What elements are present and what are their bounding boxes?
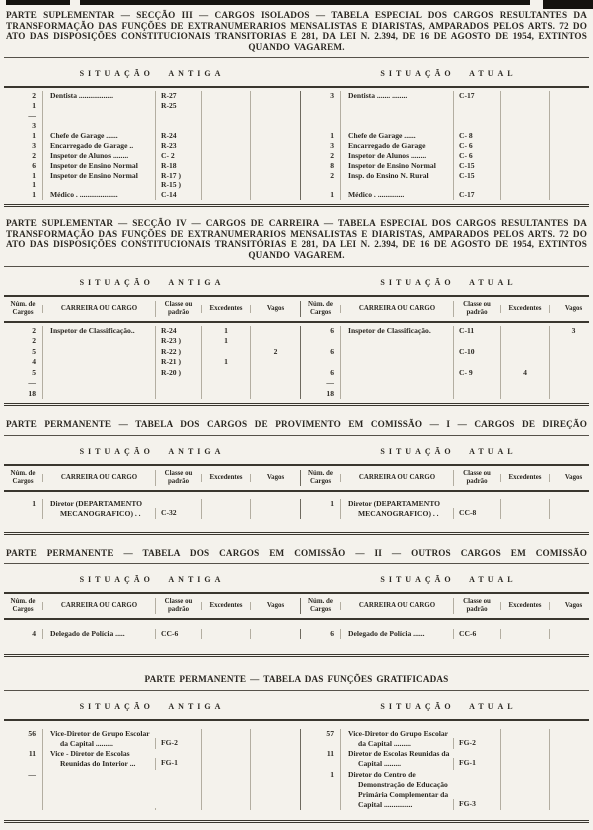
- cell-num-atual: 3: [300, 91, 340, 101]
- col-header-excedentes: Excedentes: [201, 602, 250, 610]
- cell-excedentes-atual: [500, 499, 549, 519]
- cell-cargo-antiga: [42, 347, 155, 358]
- cell-num-atual: 8: [300, 161, 340, 171]
- cell-vagos-antiga: [250, 111, 300, 121]
- cell-cargo-antiga: Dentista ..................: [42, 91, 155, 101]
- cell-excedentes-antiga: [201, 151, 250, 161]
- cell-vagos-antiga: [250, 729, 300, 749]
- table-row: 5 R-20 ) 6 C- 9 4: [4, 368, 589, 379]
- cell-classe-atual: C-17: [453, 190, 500, 200]
- cell-excedentes-atual: [500, 336, 549, 347]
- cell-cargo-atual: [340, 121, 453, 131]
- table-funcoes-gratificadas: SITUAÇÃO ANTIGA SITUAÇÃO ATUAL 56 Vice-D…: [4, 690, 589, 824]
- cell-num-atual: [300, 121, 340, 131]
- cell-num-antiga: 1: [4, 131, 42, 141]
- cell-vagos-antiga: [250, 151, 300, 161]
- table-cargos-isolados: SITUAÇÃO ANTIGA SITUAÇÃO ATUAL 2 Dentist…: [4, 57, 589, 207]
- cell-vagos-atual: 3: [549, 326, 593, 337]
- cell-num-atual: [300, 180, 340, 190]
- cell-vagos-atual: [549, 101, 593, 111]
- col-header-cargo: CARREIRA OU CARGO: [340, 305, 453, 313]
- cell-classe-atual: CC-8: [453, 508, 500, 519]
- cell-num-antiga: 3: [4, 121, 42, 131]
- cell-excedentes-antiga: [201, 171, 250, 181]
- cell-cargo-atual: [340, 368, 453, 379]
- cell-num-atual: 11: [300, 749, 340, 769]
- cell-cargo-antiga: [42, 336, 155, 347]
- table-cargos-de-carreira: SITUAÇÃO ANTIGA SITUAÇÃO ATUAL Núm. de C…: [4, 266, 589, 407]
- column-headers: Núm. de Cargos CARREIRA OU CARGO Classe …: [4, 466, 589, 492]
- cell-classe-antiga: R-27: [155, 91, 201, 101]
- table-body: 2 Dentista .................. R-27 3 Den…: [4, 88, 589, 204]
- cell-vagos-atual: [549, 629, 593, 639]
- col-header-excedentes: Excedentes: [500, 474, 549, 482]
- cell-cargo-antiga: [42, 357, 155, 368]
- document-page: PARTE SUPLEMENTAR — SECÇÃO III — CARGOS …: [0, 0, 593, 823]
- situacao-header-row: SITUAÇÃO ANTIGA SITUAÇÃO ATUAL: [4, 693, 589, 721]
- table-row: 56 Vice-Diretor de Grupo Escolar da Capi…: [4, 729, 589, 749]
- cell-num-antiga: 3: [4, 141, 42, 151]
- cell-classe-atual: [453, 180, 500, 190]
- cell-classe-antiga: R-17 ): [155, 171, 201, 181]
- cell-vagos-atual: [549, 161, 593, 171]
- situacao-atual-label: SITUAÇÃO ATUAL: [300, 60, 593, 86]
- cell-cargo-antiga: Médico . ....................: [42, 190, 155, 200]
- table-outros-cargos-comissao: SITUAÇÃO ANTIGA SITUAÇÃO ATUAL Núm. de C…: [4, 563, 589, 657]
- cell-vagos-antiga: [250, 190, 300, 200]
- cell-vagos-antiga: [250, 368, 300, 379]
- cell-classe-antiga: CC-6: [155, 629, 201, 639]
- column-headers: Núm. de Cargos CARREIRA OU CARGO Classe …: [4, 297, 589, 323]
- cell-excedentes-atual: [500, 729, 549, 749]
- cell-num-antiga: —: [4, 770, 42, 811]
- cell-excedentes-atual: [500, 101, 549, 111]
- cell-classe-antiga: R-15 ): [155, 180, 201, 190]
- cell-vagos-atual: [549, 171, 593, 181]
- table-row: — —: [4, 378, 589, 389]
- table-cargos-direcao: SITUAÇÃO ANTIGA SITUAÇÃO ATUAL Núm. de C…: [4, 435, 589, 535]
- situacao-header-row: SITUAÇÃO ANTIGA SITUAÇÃO ATUAL: [4, 269, 589, 297]
- col-header-num: Núm. de Cargos: [4, 470, 42, 486]
- cell-classe-atual: [453, 111, 500, 121]
- cell-cargo-antiga: [42, 378, 155, 389]
- table-body: 4 Delegado de Polícia ..... CC-6 6 Deleg…: [4, 620, 589, 654]
- cell-excedentes-antiga: [201, 180, 250, 190]
- cell-classe-antiga: R-24: [155, 131, 201, 141]
- cell-cargo-antiga: [42, 368, 155, 379]
- cell-vagos-atual: [549, 141, 593, 151]
- cell-num-atual: 2: [300, 171, 340, 181]
- col-header-classe: Classe ou padrão: [453, 598, 500, 614]
- col-header-classe: Classe ou padrão: [155, 301, 201, 317]
- table-row: —: [4, 111, 589, 121]
- cell-cargo-atual: Inspetor de Alunos ........: [340, 151, 453, 161]
- cell-cargo-atual: Insp. do Ensino N. Rural: [340, 171, 453, 181]
- situacao-header-row: SITUAÇÃO ANTIGA SITUAÇÃO ATUAL: [4, 566, 589, 594]
- cell-classe-antiga: FG-1: [155, 758, 201, 769]
- cell-vagos-antiga: [250, 121, 300, 131]
- cell-vagos-antiga: [250, 180, 300, 190]
- cell-cargo-atual: Dentista ....... ........: [340, 91, 453, 101]
- col-header-vagos: Vagos: [250, 474, 300, 482]
- cell-classe-antiga: R-18: [155, 161, 201, 171]
- cell-cargo-antiga: [42, 389, 155, 400]
- table-body: 2 Inspetor de Classificação.. R-24 1 6 I…: [4, 323, 589, 404]
- table-row: 4 Delegado de Polícia ..... CC-6 6 Deleg…: [4, 629, 589, 639]
- cell-vagos-antiga: [250, 141, 300, 151]
- col-header-vagos: Vagos: [250, 305, 300, 313]
- cell-num-antiga: 2: [4, 336, 42, 347]
- column-headers: Núm. de Cargos CARREIRA OU CARGO Classe …: [4, 594, 589, 620]
- cell-vagos-atual: [549, 499, 593, 519]
- section-heading: PARTE SUPLEMENTAR — SECÇÃO III — CARGOS …: [6, 10, 587, 52]
- cell-num-antiga: 18: [4, 389, 42, 400]
- scan-artifact-bar: [6, 0, 70, 5]
- cell-num-atual: 1: [300, 190, 340, 200]
- cell-cargo-atual: Encarregado de Garage: [340, 141, 453, 151]
- table-body: 56 Vice-Diretor de Grupo Escolar da Capi…: [4, 721, 589, 821]
- cell-excedentes-atual: [500, 111, 549, 121]
- cell-excedentes-antiga: [201, 121, 250, 131]
- cell-classe-atual: [453, 357, 500, 368]
- cell-vagos-antiga: [250, 378, 300, 389]
- cell-cargo-antiga: [42, 180, 155, 190]
- cell-vagos-antiga: [250, 499, 300, 519]
- cell-num-antiga: 1: [4, 171, 42, 181]
- cell-excedentes-antiga: [201, 389, 250, 400]
- cell-excedentes-antiga: [201, 729, 250, 749]
- cell-num-antiga: —: [4, 378, 42, 389]
- col-header-cargo: CARREIRA OU CARGO: [42, 305, 155, 313]
- cell-classe-atual: FG-1: [453, 758, 500, 769]
- cell-num-atual: [300, 336, 340, 347]
- cell-excedentes-atual: [500, 326, 549, 337]
- section-heading: PARTE PERMANENTE — TABELA DOS CARGOS DE …: [6, 419, 587, 430]
- cell-num-antiga: 2: [4, 91, 42, 101]
- cell-num-atual: 57: [300, 729, 340, 749]
- cell-vagos-antiga: [250, 770, 300, 811]
- cell-excedentes-atual: [500, 629, 549, 639]
- cell-vagos-antiga: [250, 629, 300, 639]
- cell-classe-atual: C- 9: [453, 368, 500, 379]
- table-row: 2 Inspetor de Classificação.. R-24 1 6 I…: [4, 326, 589, 337]
- cell-cargo-atual: Chefe de Garage ......: [340, 131, 453, 141]
- cell-vagos-antiga: [250, 131, 300, 141]
- cell-classe-antiga: R-21 ): [155, 357, 201, 368]
- table-row: 2 Inspetor de Alunos ........ C- 2 2 Ins…: [4, 151, 589, 161]
- cell-num-antiga: 1: [4, 190, 42, 200]
- cell-vagos-antiga: [250, 357, 300, 368]
- cell-excedentes-antiga: [201, 378, 250, 389]
- cell-excedentes-antiga: [201, 629, 250, 639]
- table-row: 1 Médico . .................... C-14 1 M…: [4, 190, 589, 200]
- cell-classe-antiga: C- 2: [155, 151, 201, 161]
- table-row: 2 Dentista .................. R-27 3 Den…: [4, 91, 589, 101]
- cell-cargo-antiga: [42, 121, 155, 131]
- cell-classe-antiga: R-23 ): [155, 336, 201, 347]
- cell-vagos-atual: [549, 357, 593, 368]
- cell-excedentes-atual: [500, 770, 549, 811]
- cell-cargo-antiga: Vice-Diretor de Grupo Escolar da Capital…: [42, 729, 155, 749]
- cell-cargo-antiga: [42, 111, 155, 121]
- scan-artifact-bar: [543, 0, 593, 9]
- cell-num-antiga: 1: [4, 180, 42, 190]
- cell-classe-atual: FG-3: [453, 799, 500, 810]
- col-header-num: Núm. de Cargos: [300, 301, 340, 317]
- cell-excedentes-antiga: [201, 91, 250, 101]
- col-header-classe: Classe ou padrão: [453, 301, 500, 317]
- cell-classe-atual: C- 8: [453, 131, 500, 141]
- table-row: 2 R-23 ) 1: [4, 336, 589, 347]
- section-heading: PARTE PERMANENTE — TABELA DOS CARGOS EM …: [6, 548, 587, 559]
- cell-vagos-antiga: [250, 389, 300, 400]
- cell-classe-antiga: R-22 ): [155, 347, 201, 358]
- cell-cargo-atual: Diretor (DEPARTAMENTO MECANOGRAFICO) . .: [340, 499, 453, 519]
- cell-excedentes-atual: [500, 190, 549, 200]
- cell-excedentes-antiga: [201, 111, 250, 121]
- cell-excedentes-atual: [500, 91, 549, 101]
- section-suplementar-seccao-3: PARTE SUPLEMENTAR — SECÇÃO III — CARGOS …: [4, 10, 589, 207]
- cell-num-antiga: 1: [4, 101, 42, 111]
- table-row: 5 R-22 ) 2 6 C-10: [4, 347, 589, 358]
- cell-excedentes-atual: [500, 749, 549, 769]
- cell-classe-atual: [453, 336, 500, 347]
- cell-vagos-atual: [549, 180, 593, 190]
- table-row: 3 Encarregado de Garage .. R-23 3 Encarr…: [4, 141, 589, 151]
- cell-classe-atual: C-15: [453, 171, 500, 181]
- cell-num-antiga: 1: [4, 499, 42, 519]
- cell-classe-antiga: C-32: [155, 508, 201, 519]
- cell-excedentes-antiga: [201, 161, 250, 171]
- cell-num-antiga: 6: [4, 161, 42, 171]
- col-header-vagos: Vagos: [549, 305, 593, 313]
- cell-classe-atual: C-17: [453, 91, 500, 101]
- table-row: 4 R-21 ) 1: [4, 357, 589, 368]
- situacao-antiga-label: SITUAÇÃO ANTIGA: [4, 693, 300, 719]
- cell-num-antiga: 11: [4, 749, 42, 769]
- col-header-classe: Classe ou padrão: [155, 598, 201, 614]
- cell-excedentes-atual: [500, 389, 549, 400]
- cell-vagos-antiga: [250, 326, 300, 337]
- cell-vagos-atual: [549, 111, 593, 121]
- table-row: 1 Inspetor de Ensino Normal R-17 ) 2 Ins…: [4, 171, 589, 181]
- situacao-atual-label: SITUAÇÃO ATUAL: [300, 566, 593, 592]
- table-row: 1 Diretor (DEPARTAMENTO MECANOGRAFICO) .…: [4, 499, 589, 519]
- cell-num-antiga: 4: [4, 629, 42, 639]
- cell-num-antiga: —: [4, 111, 42, 121]
- situacao-header-row: SITUAÇÃO ANTIGA SITUAÇÃO ATUAL: [4, 60, 589, 88]
- cell-classe-antiga: R-20 ): [155, 368, 201, 379]
- cell-cargo-antiga: Chefe de Garage ......: [42, 131, 155, 141]
- cell-num-antiga: 2: [4, 326, 42, 337]
- table-row: 6 Inspetor de Ensino Normal R-18 8 Inspe…: [4, 161, 589, 171]
- cell-cargo-atual: Inspetor de Ensino Normal: [340, 161, 453, 171]
- section-heading: PARTE PERMANENTE — TABELA DAS FUNÇÕES GR…: [6, 674, 587, 685]
- cell-vagos-antiga: 2: [250, 347, 300, 358]
- col-header-vagos: Vagos: [549, 602, 593, 610]
- cell-num-atual: 1: [300, 499, 340, 519]
- cell-excedentes-atual: [500, 347, 549, 358]
- section-permanente-comissao-1: PARTE PERMANENTE — TABELA DOS CARGOS DE …: [4, 419, 589, 535]
- cell-excedentes-atual: [500, 121, 549, 131]
- col-header-classe: Classe ou padrão: [453, 470, 500, 486]
- cell-num-atual: 6: [300, 326, 340, 337]
- cell-classe-antiga: [155, 378, 201, 389]
- situacao-antiga-label: SITUAÇÃO ANTIGA: [4, 438, 300, 464]
- col-header-cargo: CARREIRA OU CARGO: [42, 602, 155, 610]
- cell-excedentes-antiga: [201, 499, 250, 519]
- cell-classe-antiga: R-23: [155, 141, 201, 151]
- cell-cargo-atual: Médico . ..............: [340, 190, 453, 200]
- col-header-num: Núm. de Cargos: [300, 470, 340, 486]
- cell-classe-atual: [453, 389, 500, 400]
- cell-cargo-atual: Delegado de Polícia ......: [340, 629, 453, 639]
- cell-excedentes-atual: [500, 161, 549, 171]
- col-header-num: Núm. de Cargos: [4, 301, 42, 317]
- cell-cargo-atual: [340, 357, 453, 368]
- col-header-cargo: CARREIRA OU CARGO: [42, 474, 155, 482]
- cell-classe-atual: C- 6: [453, 151, 500, 161]
- cell-num-atual: 6: [300, 368, 340, 379]
- section-heading: PARTE SUPLEMENTAR — SECÇÃO IV — CARGOS D…: [6, 218, 587, 260]
- cell-cargo-atual: [340, 347, 453, 358]
- cell-classe-antiga: [155, 389, 201, 400]
- situacao-atual-label: SITUAÇÃO ATUAL: [300, 269, 593, 295]
- cell-cargo-atual: Diretor de Escolas Reunidas da Capital .…: [340, 749, 453, 769]
- cell-excedentes-antiga: 1: [201, 336, 250, 347]
- cell-classe-atual: C- 6: [453, 141, 500, 151]
- cell-vagos-antiga: [250, 336, 300, 347]
- cell-num-atual: 6: [300, 629, 340, 639]
- cell-vagos-atual: [549, 131, 593, 141]
- cell-cargo-antiga: Diretor (DEPARTAMENTO MECANOGRAFICO) . .: [42, 499, 155, 519]
- cell-excedentes-antiga: [201, 368, 250, 379]
- cell-num-atual: [300, 357, 340, 368]
- cell-excedentes-antiga: [201, 190, 250, 200]
- cell-vagos-atual: [549, 368, 593, 379]
- cell-vagos-atual: [549, 151, 593, 161]
- col-header-vagos: Vagos: [250, 602, 300, 610]
- cell-cargo-atual: [340, 389, 453, 400]
- cell-num-atual: 18: [300, 389, 340, 400]
- cell-num-antiga: 2: [4, 151, 42, 161]
- cell-vagos-atual: [549, 389, 593, 400]
- section-suplementar-seccao-4: PARTE SUPLEMENTAR — SECÇÃO IV — CARGOS D…: [4, 218, 589, 406]
- cell-num-antiga: 5: [4, 368, 42, 379]
- cell-vagos-antiga: [250, 101, 300, 111]
- cell-excedentes-antiga: [201, 101, 250, 111]
- cell-num-antiga: 5: [4, 347, 42, 358]
- cell-cargo-atual: Inspetor de Classificação.: [340, 326, 453, 337]
- cell-num-atual: [300, 111, 340, 121]
- cell-vagos-atual: [549, 749, 593, 769]
- col-header-excedentes: Excedentes: [201, 305, 250, 313]
- cell-excedentes-antiga: [201, 749, 250, 769]
- situacao-atual-label: SITUAÇÃO ATUAL: [300, 438, 593, 464]
- situacao-atual-label: SITUAÇÃO ATUAL: [300, 693, 593, 719]
- cell-cargo-antiga: Encarregado de Garage ..: [42, 141, 155, 151]
- cell-vagos-atual: [549, 91, 593, 101]
- cell-excedentes-atual: [500, 357, 549, 368]
- cell-excedentes-atual: [500, 171, 549, 181]
- cell-classe-antiga: [155, 111, 201, 121]
- cell-classe-atual: C-15: [453, 161, 500, 171]
- cell-excedentes-antiga: [201, 770, 250, 811]
- section-permanente-comissao-2: PARTE PERMANENTE — TABELA DOS CARGOS EM …: [4, 548, 589, 658]
- cell-excedentes-antiga: 1: [201, 357, 250, 368]
- col-header-num: Núm. de Cargos: [4, 598, 42, 614]
- cell-classe-atual: C-11: [453, 326, 500, 337]
- table-body: 1 Diretor (DEPARTAMENTO MECANOGRAFICO) .…: [4, 492, 589, 532]
- cell-num-atual: 3: [300, 141, 340, 151]
- cell-classe-atual: [453, 101, 500, 111]
- cell-vagos-antiga: [250, 749, 300, 769]
- cell-cargo-antiga: Vice - Diretor de Escolas Reunidas do In…: [42, 749, 155, 769]
- cell-excedentes-atual: [500, 151, 549, 161]
- cell-excedentes-antiga: 1: [201, 326, 250, 337]
- col-header-cargo: CARREIRA OU CARGO: [340, 474, 453, 482]
- cell-excedentes-antiga: [201, 347, 250, 358]
- col-header-classe: Classe ou padrão: [155, 470, 201, 486]
- cell-cargo-antiga: [42, 770, 155, 811]
- col-header-excedentes: Excedentes: [500, 602, 549, 610]
- cell-vagos-atual: [549, 378, 593, 389]
- cell-vagos-antiga: [250, 171, 300, 181]
- section-funcoes-gratificadas: PARTE PERMANENTE — TABELA DAS FUNÇÕES GR…: [4, 674, 589, 823]
- cell-classe-atual: [453, 121, 500, 131]
- cell-classe-antiga: [155, 808, 201, 810]
- situacao-header-row: SITUAÇÃO ANTIGA SITUAÇÃO ATUAL: [4, 438, 589, 466]
- scan-artifact-bar: [80, 0, 530, 5]
- cell-classe-antiga: C-14: [155, 190, 201, 200]
- cell-vagos-antiga: [250, 161, 300, 171]
- cell-num-atual: 2: [300, 151, 340, 161]
- cell-vagos-atual: [549, 347, 593, 358]
- cell-num-atual: 1: [300, 131, 340, 141]
- cell-excedentes-atual: [500, 378, 549, 389]
- table-row: 1 Chefe de Garage ...... R-24 1 Chefe de…: [4, 131, 589, 141]
- col-header-excedentes: Excedentes: [500, 305, 549, 313]
- cell-cargo-antiga: Inspetor de Ensino Normal: [42, 171, 155, 181]
- cell-excedentes-antiga: [201, 131, 250, 141]
- cell-cargo-antiga: Inspetor de Classificação..: [42, 326, 155, 337]
- cell-classe-atual: CC-6: [453, 629, 500, 639]
- cell-cargo-atual: [340, 378, 453, 389]
- cell-cargo-antiga: Inspetor de Ensino Normal: [42, 161, 155, 171]
- cell-cargo-atual: Vice-Diretor do Grupo Escolar da Capital…: [340, 729, 453, 749]
- cell-num-atual: 6: [300, 347, 340, 358]
- cell-vagos-atual: [549, 336, 593, 347]
- cell-excedentes-atual: 4: [500, 368, 549, 379]
- cell-cargo-atual: [340, 101, 453, 111]
- cell-num-antiga: 56: [4, 729, 42, 749]
- cell-classe-antiga: [155, 121, 201, 131]
- cell-excedentes-antiga: [201, 141, 250, 151]
- cell-cargo-antiga: [42, 101, 155, 111]
- table-row: 18 18: [4, 389, 589, 400]
- situacao-antiga-label: SITUAÇÃO ANTIGA: [4, 566, 300, 592]
- cell-num-atual: 1: [300, 770, 340, 811]
- col-header-vagos: Vagos: [549, 474, 593, 482]
- col-header-excedentes: Excedentes: [201, 474, 250, 482]
- cell-excedentes-atual: [500, 131, 549, 141]
- cell-cargo-atual: [340, 336, 453, 347]
- cell-num-atual: [300, 101, 340, 111]
- table-row: 11 Vice - Diretor de Escolas Reunidas do…: [4, 749, 589, 769]
- table-row: — 1 Diretor do Centro de Demonstração de…: [4, 770, 589, 811]
- cell-cargo-antiga: Delegado de Polícia .....: [42, 629, 155, 639]
- cell-cargo-atual: [340, 180, 453, 190]
